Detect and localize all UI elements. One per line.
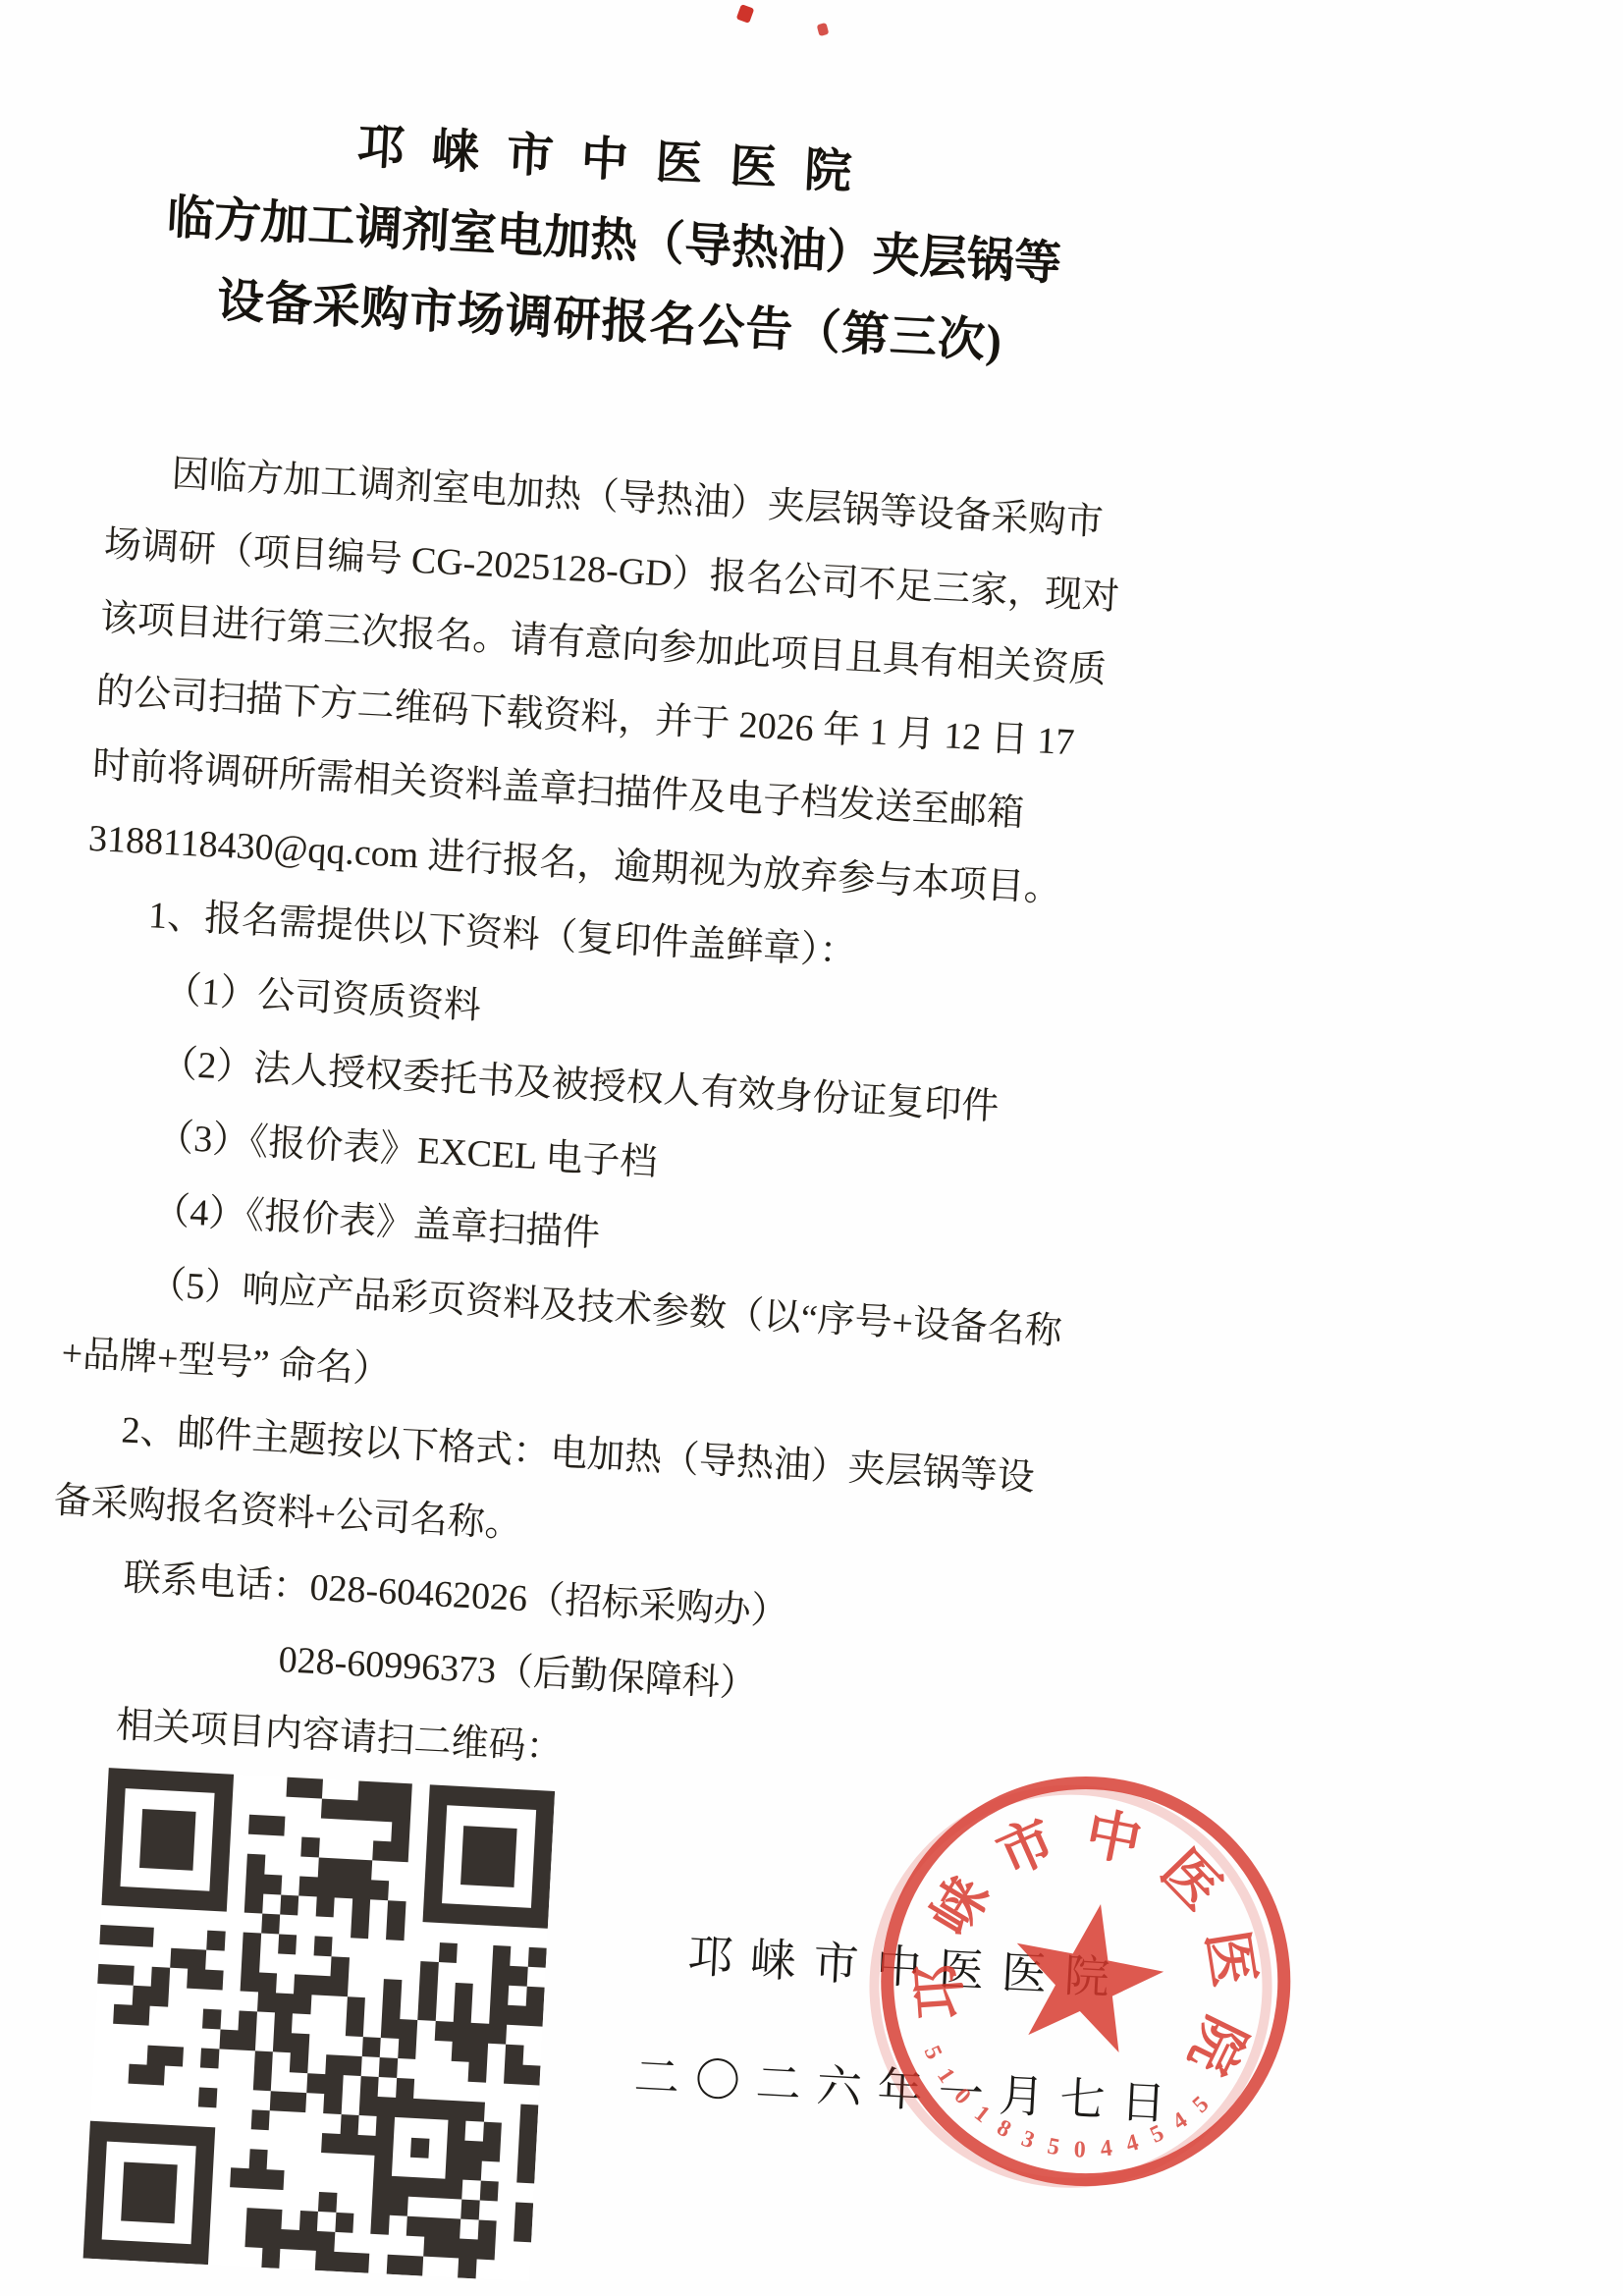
svg-text:中: 中: [1081, 1803, 1147, 1874]
svg-text:5: 5: [1046, 2133, 1062, 2160]
svg-text:1: 1: [932, 2063, 959, 2087]
svg-text:0: 0: [1073, 2137, 1086, 2162]
svg-text:4: 4: [1123, 2130, 1142, 2158]
svg-text:5: 5: [919, 2042, 947, 2063]
svg-text:医: 医: [1195, 1927, 1264, 1991]
red-ink-speck: [817, 23, 830, 36]
svg-text:4: 4: [1099, 2136, 1113, 2162]
svg-text:崃: 崃: [921, 1867, 1001, 1945]
svg-text:8: 8: [993, 2115, 1015, 2144]
document-body: 因临方加工调剂室电加热（导热油）夹层锅等设备采购市 场调研（项目编号 CG-20…: [6, 433, 1075, 1810]
svg-text:市: 市: [989, 1810, 1063, 1887]
official-red-seal: 邛崃市中医医院5101835044545: [821, 1717, 1350, 2246]
document-content: 邛崃市中医医院 临方加工调剂室电加热（导热油）夹层锅等 设备采购市场调研报名公告…: [6, 93, 1093, 1809]
qr-code: [83, 1768, 556, 2281]
svg-text:1: 1: [969, 2101, 994, 2128]
red-ink-speck: [736, 4, 755, 24]
svg-text:邛: 邛: [908, 1962, 973, 2021]
document-page: 邛崃市中医医院 临方加工调剂室电加热（导热油）夹层锅等 设备采购市场调研报名公告…: [0, 0, 1623, 2296]
svg-text:4: 4: [1168, 2107, 1192, 2135]
svg-text:5: 5: [1147, 2120, 1168, 2149]
svg-text:3: 3: [1018, 2126, 1038, 2155]
svg-text:0: 0: [948, 2084, 975, 2110]
document-title: 邛崃市中医医院 临方加工调剂室电加热（导热油）夹层锅等 设备采购市场调研报名公告…: [81, 93, 1093, 387]
svg-text:5: 5: [1188, 2092, 1215, 2118]
